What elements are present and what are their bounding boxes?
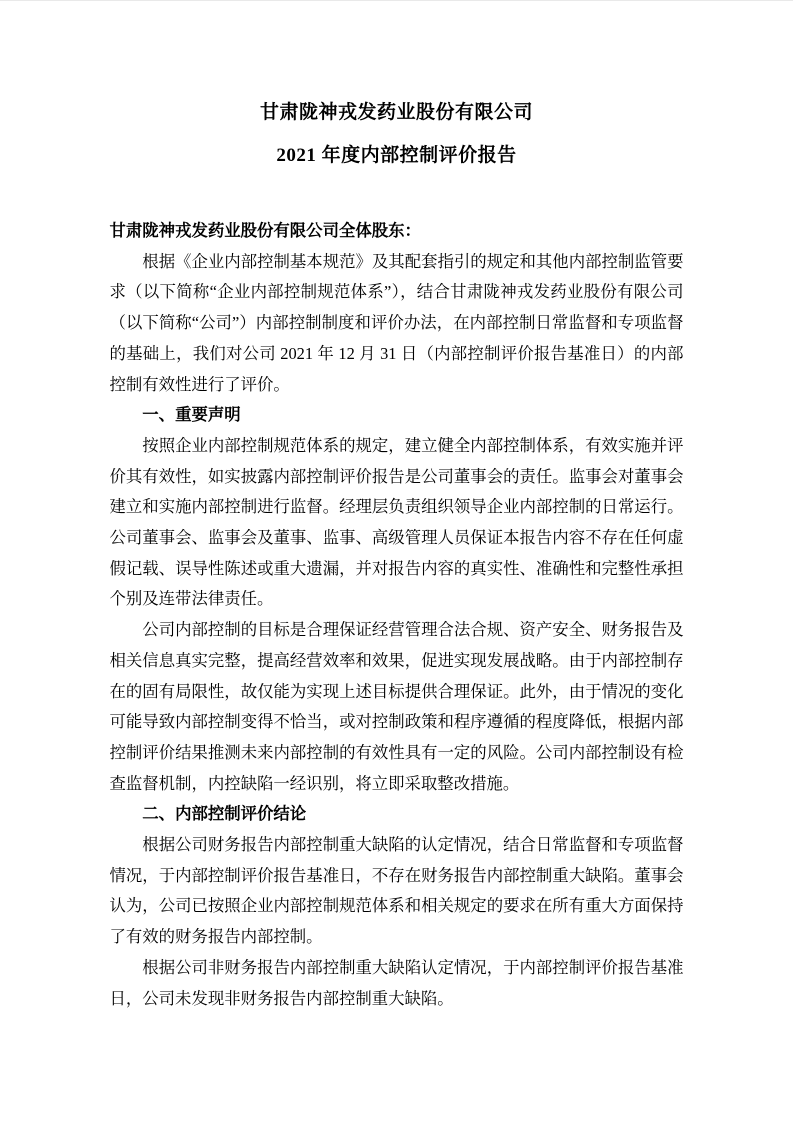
section2-paragraph-2: 根据公司非财务报告内部控制重大缺陷认定情况，于内部控制评价报告基准日，公司未发现… <box>110 953 684 1014</box>
report-content: 甘肃陇神戎发药业股份有限公司 2021 年度内部控制评价报告 甘肃陇神戎发药业股… <box>110 1 684 1014</box>
section1-paragraph-1: 按照企业内部控制规范体系的规定，建立健全内部控制体系，有效实施并评价其有效性，如… <box>110 431 684 615</box>
report-title: 2021 年度内部控制评价报告 <box>110 143 684 169</box>
section1-heading: 一、重要声明 <box>110 400 684 431</box>
document-page: 甘肃陇神戎发药业股份有限公司 2021 年度内部控制评价报告 甘肃陇神戎发药业股… <box>0 0 793 1122</box>
report-body: 甘肃陇神戎发药业股份有限公司全体股东： 根据《企业内部控制基本规范》及其配套指引… <box>110 216 684 1014</box>
section2-paragraph-1: 根据公司财务报告内部控制重大缺陷的认定情况，结合日常监督和专项监督情况，于内部控… <box>110 830 684 953</box>
section2-heading: 二、内部控制评价结论 <box>110 799 684 830</box>
intro-paragraph: 根据《企业内部控制基本规范》及其配套指引的规定和其他内部控制监管要求（以下简称“… <box>110 247 684 401</box>
salutation-line: 甘肃陇神戎发药业股份有限公司全体股东： <box>110 216 684 247</box>
company-name-title: 甘肃陇神戎发药业股份有限公司 <box>110 100 684 126</box>
section1-paragraph-2: 公司内部控制的目标是合理保证经营管理合法合规、资产安全、财务报告及相关信息真实完… <box>110 615 684 799</box>
